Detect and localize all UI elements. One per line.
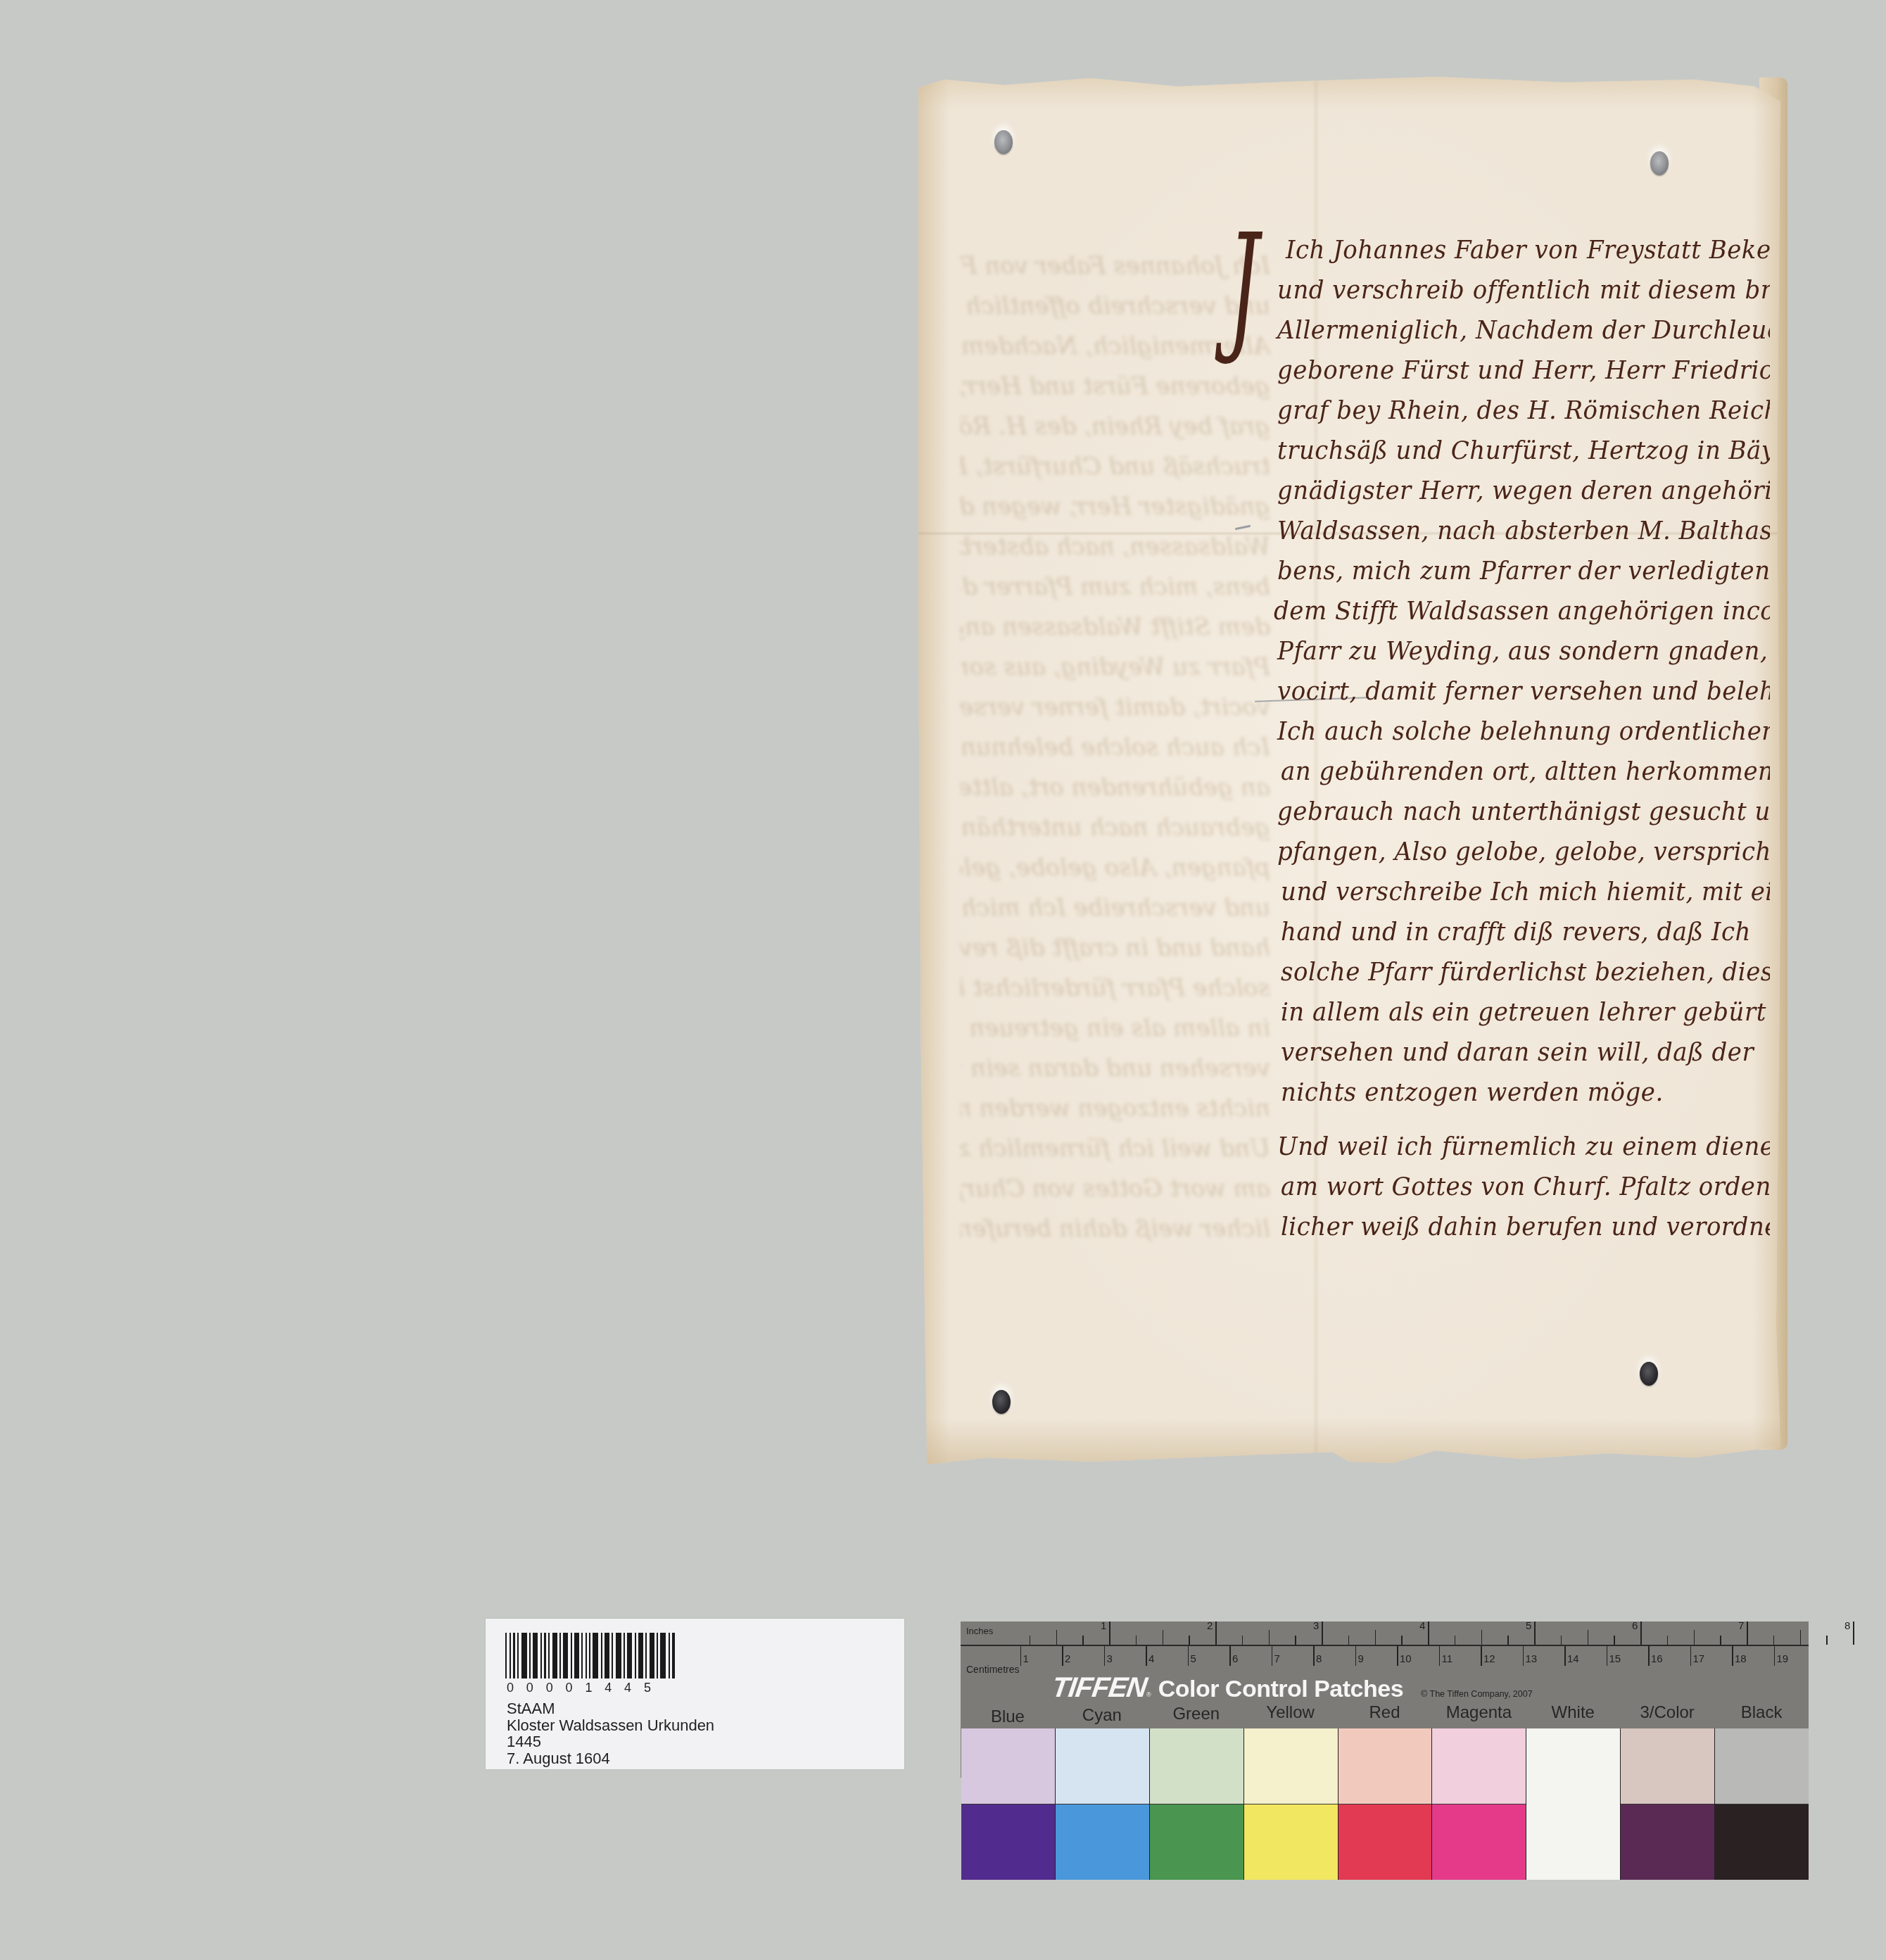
barcode-bar [529, 1633, 531, 1678]
text-line: Und weil ich fürnemlich zu einem diener [1249, 1126, 1770, 1168]
text-line: an gebührenden ort, altten herkommen und [1249, 751, 1770, 793]
ghost-line: gnädigster Herr, wegen deren angehöriges… [961, 487, 1270, 527]
cm-tick [1313, 1646, 1315, 1666]
light-patch [1621, 1728, 1714, 1804]
cm-tick [1523, 1646, 1524, 1666]
tiffen-logo: TIFFEN [1050, 1672, 1148, 1704]
barcode-bar [552, 1633, 557, 1678]
barcode-bar [657, 1633, 658, 1678]
inch-subtick [1189, 1636, 1190, 1645]
barcode-digits: 0 0 0 0 1 4 4 5 [507, 1681, 651, 1695]
dark-patch [1244, 1804, 1338, 1880]
ghost-line: Waldsassen, nach absterben M. Balthasar … [961, 527, 1270, 567]
inch-subtick [1163, 1630, 1164, 1645]
punch-hole-top-right [1650, 151, 1669, 175]
light-patch [1432, 1728, 1526, 1804]
cm-number: 11 [1442, 1653, 1453, 1665]
patch-column [1056, 1728, 1150, 1880]
chart-title: TIFFEN ® Color Control Patches © The Tif… [1052, 1672, 1533, 1700]
patch-column [1526, 1728, 1621, 1880]
light-patch [1526, 1728, 1620, 1880]
inch-subtick [1375, 1630, 1376, 1645]
patch-name: 3/Color [1620, 1703, 1714, 1731]
barcode-bar [581, 1633, 583, 1678]
barcode-digit: 0 [546, 1681, 553, 1695]
barcode-bar [574, 1633, 579, 1678]
cm-number: 2 [1065, 1653, 1070, 1665]
barcode-digit: 4 [605, 1681, 612, 1695]
cm-tick [1481, 1646, 1482, 1666]
text-line: graf bey Rhein, des H. Römischen Reichs … [1249, 390, 1770, 432]
cm-number: 4 [1148, 1653, 1154, 1665]
barcode-bar [612, 1633, 613, 1678]
text-line: pfangen, Also gelobe, gelobe, versprich [1249, 831, 1770, 873]
inch-tick [1215, 1621, 1217, 1645]
patch-name: Red [1338, 1703, 1432, 1731]
patch-name: Magenta [1431, 1703, 1526, 1731]
ghost-line: truchsäß und Churfürst, Hertzog in Bäyer… [961, 447, 1270, 487]
cm-tick [1648, 1646, 1650, 1666]
text-line: Waldsassen, nach absterben M. Balthasar … [1249, 510, 1770, 552]
ghost-line: und verschreibe Ich mich hiemit, mit eig… [961, 888, 1270, 928]
inch-tick [1853, 1621, 1854, 1645]
text-line: Pfarr zu Weyding, aus sondern gnaden, gs… [1249, 631, 1770, 673]
barcode-bar [513, 1633, 515, 1678]
patch-name: Yellow [1243, 1703, 1338, 1731]
inch-subtick [1082, 1636, 1084, 1645]
dark-patch [1056, 1804, 1149, 1880]
cm-tick [1774, 1646, 1776, 1666]
inch-ruler: Inches 12345678 [961, 1621, 1809, 1646]
barcode-bar [589, 1633, 590, 1678]
dark-patch [1338, 1804, 1432, 1880]
barcode-bar [616, 1633, 621, 1678]
text-line: dem Stifft Waldsassen angehörigen incorp… [1249, 590, 1770, 633]
ghost-line: dem Stifft Waldsassen angehörigen incorp… [961, 607, 1270, 647]
cm-tick [1146, 1646, 1147, 1666]
inch-subtick [1773, 1636, 1775, 1645]
cm-number: 15 [1609, 1653, 1621, 1665]
ghost-line: vocirt, damit ferner versehen und belehe… [961, 688, 1270, 728]
archive-name: StAAM [507, 1700, 714, 1717]
inch-subtick [1030, 1636, 1031, 1645]
inch-subtick [1401, 1636, 1403, 1645]
barcode-bar [505, 1633, 507, 1678]
light-patch [1715, 1728, 1809, 1804]
cm-number: 14 [1567, 1653, 1579, 1665]
barcode-bar [638, 1633, 643, 1678]
patch-column [1432, 1728, 1526, 1880]
text-line: hand und in crafft diß revers, daß Ich [1249, 911, 1770, 954]
inch-tick [1322, 1621, 1323, 1645]
inch-subtick [1588, 1630, 1589, 1645]
barcode-bar [624, 1633, 625, 1678]
text-line: bens, mich zum Pfarrer der verledigten u… [1249, 550, 1770, 593]
barcode-bar [533, 1633, 538, 1678]
inch-number: 7 [1738, 1620, 1744, 1632]
inch-number: 8 [1844, 1620, 1850, 1632]
inch-number: 3 [1313, 1620, 1319, 1632]
cm-number: 13 [1526, 1653, 1538, 1665]
cm-tick [1355, 1646, 1357, 1666]
text-line: licher weiß dahin berufen und verordnet [1249, 1206, 1770, 1248]
punch-hole-bottom-right [1640, 1362, 1658, 1386]
barcode-bar [559, 1633, 561, 1678]
barcode-bar [635, 1633, 636, 1678]
copyright: © The Tiffen Company, 2007 [1421, 1689, 1533, 1699]
cm-tick [1564, 1646, 1566, 1666]
ghost-line: geborene Fürst und Herr, Herr Friedrich … [961, 367, 1270, 407]
dark-patch [1715, 1804, 1809, 1880]
patch-names: Blue Cyan Green Yellow Red Magenta White… [961, 1703, 1809, 1731]
inch-number: 1 [1101, 1620, 1106, 1632]
barcode-bar [544, 1633, 546, 1678]
patch-name: Green [1149, 1703, 1243, 1731]
barcode-bar [593, 1633, 598, 1678]
ghost-line: Pfarr zu Weyding, aus sondern gnaden, gs… [961, 647, 1270, 688]
manuscript-page: Ich Johannes Faber von Freystatt Bekenne… [918, 74, 1780, 1467]
patch-name: Black [1714, 1703, 1809, 1731]
text-line: nichts entzogen werden möge. [1249, 1072, 1770, 1114]
patch-column [1621, 1728, 1715, 1880]
cm-number: 1 [1023, 1653, 1029, 1665]
cm-number: 3 [1107, 1653, 1113, 1665]
barcode-digit: 5 [644, 1681, 651, 1695]
text-line: am wort Gottes von Churf. Pfaltz ordent: [1249, 1166, 1770, 1208]
text-line: geborene Fürst und Herr, Herr Friedrich … [1249, 350, 1770, 392]
registered-mark: ® [1146, 1691, 1151, 1698]
ghost-line: Und weil ich fürnemlich zu einem diener [961, 1129, 1270, 1169]
ghost-line: bens, mich zum Pfarrer der verledigten u… [961, 567, 1270, 607]
inch-subtick [1826, 1636, 1828, 1645]
dark-patch [1150, 1804, 1243, 1880]
cm-number: 10 [1400, 1653, 1412, 1665]
dark-patch [1621, 1804, 1714, 1880]
barcode-bar [669, 1633, 670, 1678]
ghost-line: solche Pfarr fürderlichst beziehen, dies… [961, 968, 1270, 1009]
inch-number: 4 [1419, 1620, 1425, 1632]
inch-subtick [1455, 1636, 1456, 1645]
text-line: und verschreibe Ich mich hiemit, mit eig… [1249, 871, 1770, 913]
barcode-bar [563, 1633, 568, 1678]
inch-tick [1428, 1621, 1429, 1645]
barcode-bar [548, 1633, 550, 1678]
barcode-bar [605, 1633, 609, 1678]
cm-number: 7 [1274, 1653, 1280, 1665]
document-number: 1445 [507, 1733, 714, 1750]
barcode-digit: 0 [566, 1681, 573, 1695]
inch-tick [1747, 1621, 1748, 1645]
inch-subtick [1269, 1630, 1270, 1645]
inch-subtick [1507, 1636, 1509, 1645]
cm-number: 18 [1735, 1653, 1747, 1665]
punch-hole-top-left [994, 130, 1013, 154]
ghost-line: Allermeniglich, Nachdem der Durchleuchti… [961, 327, 1270, 367]
handwritten-text: J Ich Johannes Faber von Freystatt Beken… [1249, 230, 1770, 1247]
cm-number: 8 [1316, 1653, 1322, 1665]
barcode-digit: 1 [585, 1681, 592, 1695]
patch-column [1338, 1728, 1433, 1880]
ghost-line: an gebührenden ort, altten herkommen und [961, 768, 1270, 808]
barcode-bar [672, 1633, 675, 1678]
patch-name: White [1526, 1703, 1620, 1731]
cm-tick [1188, 1646, 1189, 1666]
ghost-line: graf bey Rhein, des H. Römischen Reichs … [961, 407, 1270, 447]
ghost-line: pfangen, Also gelobe, gelobe, versprich [961, 848, 1270, 888]
cm-number: 19 [1777, 1653, 1789, 1665]
barcode-bar [660, 1633, 666, 1678]
barcode-bar [521, 1633, 527, 1678]
barcode-bar [517, 1633, 519, 1678]
barcode-digit: 0 [507, 1681, 514, 1695]
text-line: Allermeniglich, Nachdem der Durchleuchti… [1249, 310, 1770, 352]
ghost-line: am wort Gottes von Churf. Pfaltz ordent: [961, 1169, 1270, 1209]
inch-tick [1534, 1621, 1536, 1645]
ghost-line: Ich Johannes Faber von Freystatt Bekenne [961, 246, 1270, 286]
ghost-line: Ich auch solche belehnung ordentlicher w… [961, 728, 1270, 768]
patch-column [1715, 1728, 1809, 1880]
cm-tick [1690, 1646, 1692, 1666]
bleed-through-text: Ich Johannes Faber von Freystatt Bekenne… [961, 246, 1270, 1249]
cm-tick [1229, 1646, 1231, 1666]
inch-number: 5 [1526, 1620, 1531, 1632]
inch-tick [1109, 1621, 1110, 1645]
cm-tick [1607, 1646, 1608, 1666]
light-patch [1244, 1728, 1338, 1804]
cm-tick [1020, 1646, 1022, 1666]
cm-tick [1104, 1646, 1106, 1666]
text-line: in allem als ein getreuen lehrer gebürt [1249, 992, 1770, 1034]
barcode-bar [510, 1633, 511, 1678]
cm-tick [1439, 1646, 1441, 1666]
cm-number: 12 [1483, 1653, 1495, 1665]
ghost-line: und verschreib offentlich mit diesem bri… [961, 286, 1270, 327]
dark-patch [961, 1804, 1055, 1880]
barcode-bar [645, 1633, 647, 1678]
cm-tick [1062, 1646, 1063, 1666]
label-text: StAAM Kloster Waldsassen Urkunden 1445 7… [507, 1700, 714, 1766]
cm-tick [1397, 1646, 1398, 1666]
inch-subtick [1800, 1630, 1802, 1645]
barcode-bar [627, 1633, 632, 1678]
inches-label: Inches [966, 1626, 993, 1636]
ghost-line: nichts entzogen werden möge. [961, 1089, 1270, 1129]
barcode-bar [571, 1633, 572, 1678]
inch-subtick [1481, 1630, 1483, 1645]
barcode-bar [601, 1633, 602, 1678]
inch-number: 2 [1207, 1620, 1213, 1632]
text-line: truchsäß und Churfürst, Hertzog in Bäyer… [1249, 430, 1770, 472]
patch-column [1244, 1728, 1338, 1880]
punch-hole-bottom-left [992, 1390, 1011, 1414]
ghost-line: versehen und daran sein will, daß der [961, 1049, 1270, 1089]
text-line: gnädigster Herr, wegen deren angehöriges… [1249, 470, 1770, 512]
text-line: und verschreib offentlich mit diesem bri… [1249, 270, 1770, 312]
patch-column [1150, 1728, 1244, 1880]
text-line: gebrauch nach unterthänigst gesucht und … [1249, 791, 1770, 833]
text-line: Ich Johannes Faber von Freystatt Bekenne [1249, 229, 1770, 272]
document-date: 7. August 1604 [507, 1750, 714, 1767]
chart-subtitle: Color Control Patches [1158, 1676, 1403, 1703]
cm-tick [1732, 1646, 1733, 1666]
inch-subtick [1694, 1630, 1695, 1645]
inch-subtick [1242, 1636, 1243, 1645]
inch-subtick [1561, 1636, 1562, 1645]
dark-patch [1432, 1804, 1526, 1880]
inch-subtick [1056, 1630, 1058, 1645]
text-line: vocirt, damit ferner versehen und belehe… [1249, 671, 1770, 713]
text-line: versehen und daran sein will, daß der [1249, 1032, 1770, 1074]
archive-label: 0 0 0 0 1 4 4 5 StAAM Kloster Waldsassen… [486, 1619, 904, 1769]
barcode-digit: 0 [526, 1681, 533, 1695]
ghost-line: licher weiß dahin berufen und verordnet [961, 1209, 1270, 1249]
cm-tick [1272, 1646, 1273, 1666]
light-patch [1150, 1728, 1243, 1804]
inch-subtick [1720, 1636, 1721, 1645]
light-patch [961, 1728, 1055, 1804]
light-patch [1338, 1728, 1432, 1804]
barcode-bar [650, 1633, 654, 1678]
text-line: Ich auch solche belehnung ordentlicher w… [1249, 711, 1770, 753]
barcode [505, 1633, 677, 1678]
patch-column [961, 1728, 1056, 1880]
collection-name: Kloster Waldsassen Urkunden [507, 1717, 714, 1734]
barcode-digit: 4 [624, 1681, 631, 1695]
ghost-line: hand und in crafft diß revers, daß Ich [961, 928, 1270, 968]
barcode-bar [586, 1633, 587, 1678]
inch-subtick [1667, 1636, 1669, 1645]
cm-number: 5 [1191, 1653, 1196, 1665]
cm-number: 17 [1693, 1653, 1705, 1665]
cm-number: 16 [1651, 1653, 1663, 1665]
inch-subtick [1614, 1636, 1615, 1645]
light-patch [1056, 1728, 1149, 1804]
barcode-bar [540, 1633, 542, 1678]
cm-number: 6 [1232, 1653, 1238, 1665]
inch-number: 6 [1632, 1620, 1638, 1632]
inch-subtick [1136, 1636, 1137, 1645]
ghost-line: gebrauch nach unterthänigst gesucht und … [961, 808, 1270, 848]
ghost-line: in allem als ein getreuen lehrer gebürt [961, 1009, 1270, 1049]
inch-tick [1640, 1621, 1642, 1645]
inch-subtick [1348, 1636, 1350, 1645]
text-line: solche Pfarr fürderlichst beziehen, dies… [1249, 951, 1770, 994]
centimetres-label: Centimetres [966, 1664, 1019, 1675]
patch-name: Cyan [1055, 1703, 1149, 1731]
color-patches [961, 1728, 1809, 1880]
inch-subtick [1295, 1636, 1296, 1645]
cm-number: 9 [1358, 1653, 1364, 1665]
patch-name: Blue [961, 1703, 1055, 1731]
